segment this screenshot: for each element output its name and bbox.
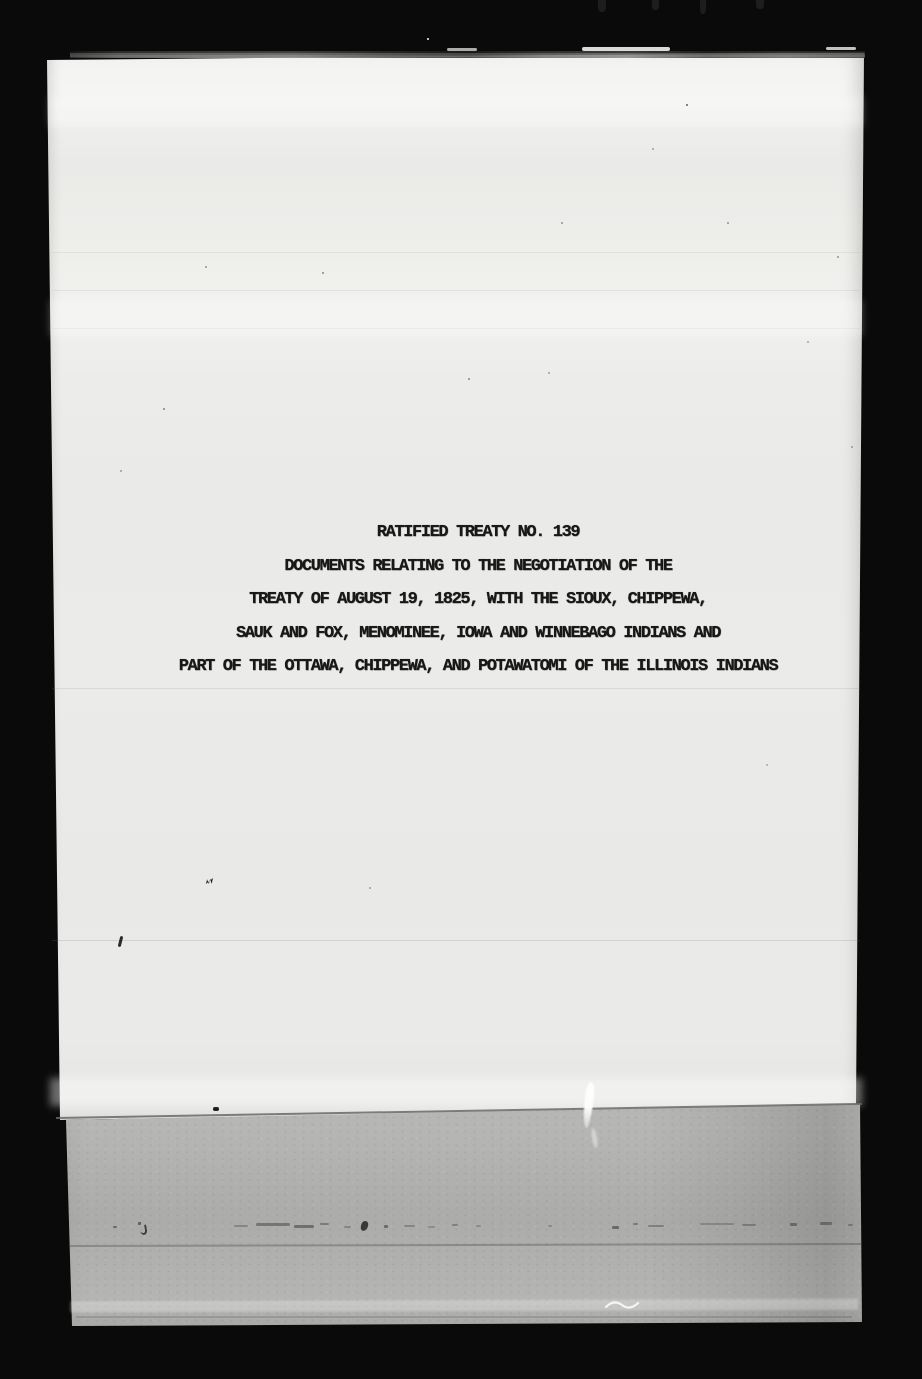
- pencil-dash: [113, 1226, 117, 1228]
- treaty-title-line-3: TREATY OF AUGUST 19, 1825, WITH THE SIOU…: [69, 583, 887, 617]
- page-edge-highlight: [447, 48, 477, 51]
- scan-hairline: [52, 688, 860, 689]
- faint-frame-numeral: [700, 0, 706, 14]
- dark-speck: [213, 1107, 219, 1111]
- dust-specks: [0, 0, 2, 2]
- page-top-edge-shadow: [70, 51, 865, 58]
- treaty-number-line: RATIFIED TREATY NO. 139: [69, 516, 887, 550]
- faint-frame-numeral: [598, 0, 606, 12]
- faint-frame-numeral: [756, 0, 764, 9]
- pencil-dash: [633, 1223, 638, 1225]
- pencil-dash: [384, 1225, 388, 1228]
- scan-hairline: [52, 328, 860, 329]
- scan-bright-band: [50, 96, 862, 126]
- pencil-dash: [790, 1223, 797, 1226]
- pencil-dash: [648, 1225, 664, 1227]
- pencil-dash: [294, 1225, 314, 1228]
- page-edge-highlight: [582, 47, 670, 51]
- scan-bright-band: [50, 300, 862, 336]
- scan-hairline: [52, 940, 860, 941]
- scan-bright-band: [50, 1078, 862, 1106]
- pencil-dash: [344, 1226, 351, 1228]
- pencil-dash: [848, 1224, 853, 1226]
- page-edge-highlight: [826, 47, 856, 50]
- scan-hairline: [52, 252, 860, 253]
- microfilm-frame: RATIFIED TREATY NO. 139 DOCUMENTS RELATI…: [0, 0, 922, 1379]
- lower-page-band: [47, 1100, 865, 1328]
- pencil-dash: [452, 1224, 458, 1226]
- pencil-dash: [428, 1226, 435, 1228]
- treaty-title-line-4: SAUK AND FOX, MENOMINEE, IOWA AND WINNEB…: [69, 617, 887, 651]
- band-bottom-shadow: [76, 1316, 852, 1318]
- treaty-title-line-5: PART OF THE OTTAWA, CHIPPEWA, AND POTAWA…: [69, 650, 887, 684]
- faint-frame-numeral: [652, 0, 659, 10]
- pencil-dash: [742, 1224, 756, 1226]
- treaty-title-line-2: DOCUMENTS RELATING TO THE NEGOTIATION OF…: [69, 550, 887, 584]
- scratch-mark: [604, 1298, 640, 1312]
- pencil-dash: [256, 1223, 290, 1226]
- scan-hairline: [52, 290, 860, 291]
- pencil-dash: [476, 1225, 481, 1227]
- pencil-dash: [612, 1226, 619, 1229]
- pencil-dash: [234, 1225, 248, 1227]
- pencil-dash: [820, 1222, 832, 1225]
- treaty-title-block: RATIFIED TREATY NO. 139 DOCUMENTS RELATI…: [47, 516, 887, 684]
- pencil-dash: [320, 1223, 329, 1225]
- pencil-dash: [404, 1225, 415, 1227]
- pencil-dash: [700, 1223, 734, 1225]
- pencil-dash: [548, 1225, 552, 1227]
